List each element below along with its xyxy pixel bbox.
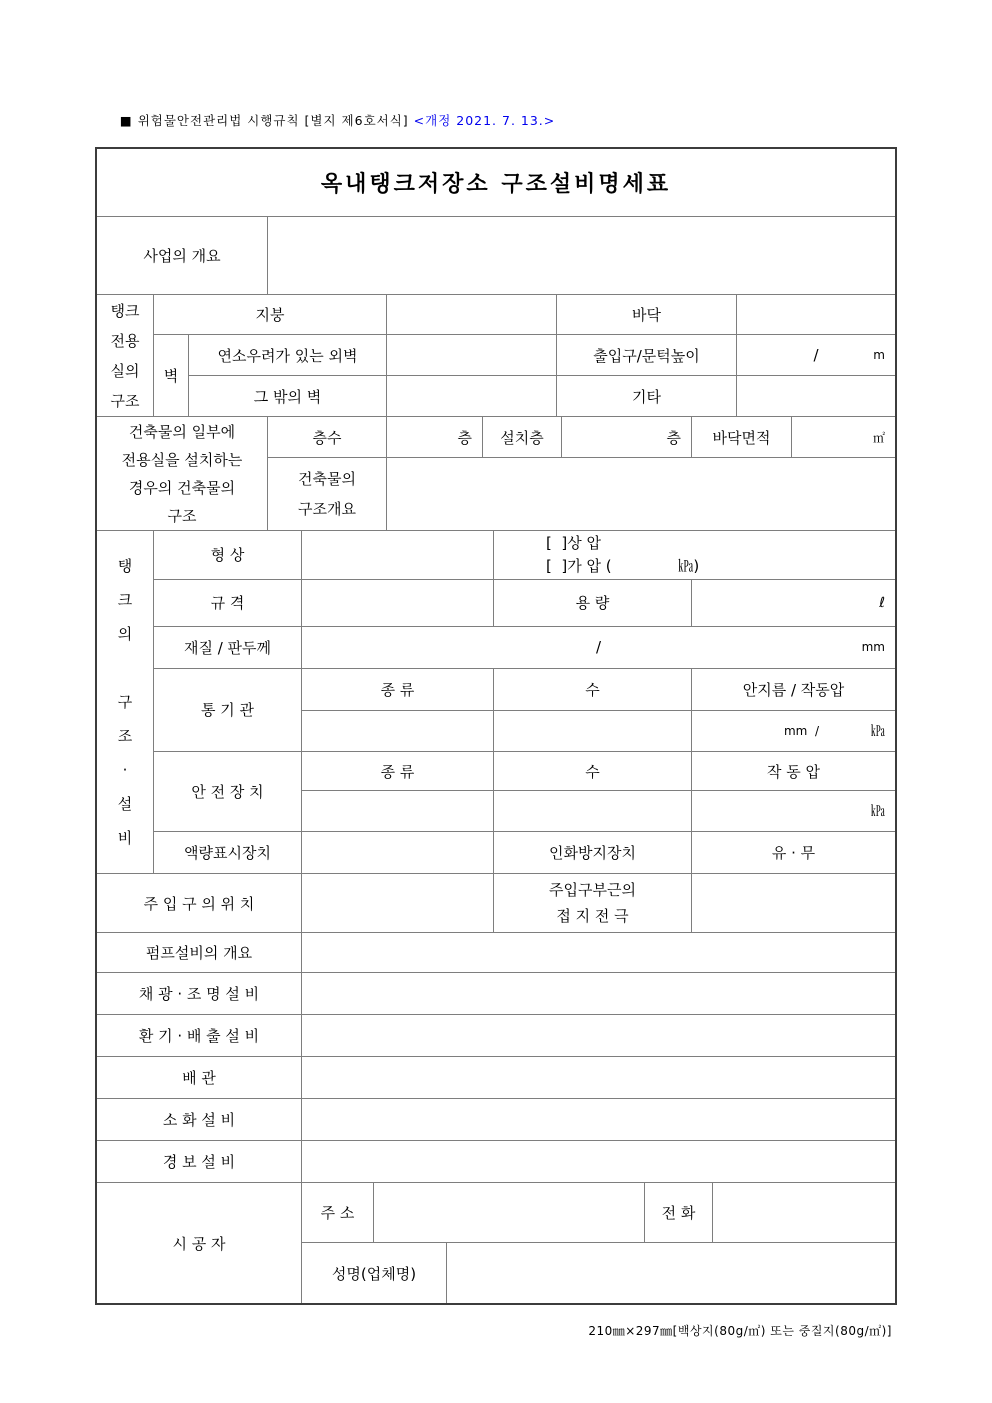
shape-label: 형 상: [154, 531, 302, 579]
safety-type-label: 종 류: [302, 752, 494, 790]
wall-fire-label: 연소우려가 있는 외벽: [189, 335, 387, 375]
safety-pressure-field: ㎪: [692, 791, 895, 831]
inlet-ground-electrode-field: [692, 874, 895, 932]
floor-area-label: 바닥면적: [692, 417, 792, 457]
structure-outline-label: 건축물의 구조개요: [268, 458, 387, 530]
constructor-address-label: 주 소: [302, 1183, 374, 1242]
vent-type-label: 종 류: [302, 669, 494, 710]
constructor-label: 시 공 자: [97, 1183, 302, 1303]
pressure-type-field: [ ]상 압 [ ]가 압 ( ㎪): [494, 531, 895, 579]
flame-arrester-value: 유 · 무: [692, 832, 895, 873]
ventilation-equipment-label: 환 기 · 배 출 설 비: [97, 1015, 302, 1056]
paper-spec-note: 210㎜×297㎜[백상지(80g/㎡) 또는 중질지(80g/㎡)]: [588, 1322, 892, 1339]
slash-divider: /: [596, 638, 601, 656]
alarm-equipment-label: 경 보 설 비: [97, 1141, 302, 1182]
pump-equipment-label: 펌프설비의 개요: [97, 933, 302, 972]
form-revision-text: <개정 2021. 7. 13.>: [414, 113, 556, 128]
material-label: 재질 / 판두께: [154, 627, 302, 668]
business-overview-label: 사업의 개요: [97, 217, 268, 294]
roof-label: 지붕: [154, 295, 387, 334]
pressure-option-pressurized: [ ]가 압 ( ㎪): [546, 555, 699, 578]
meter-unit: m: [873, 348, 885, 362]
building-section-label: 건축물의 일부에 전용실을 설치하는 경우의 건축물의 구조: [97, 417, 268, 530]
floor-label: 바닥: [557, 295, 737, 334]
tank-room-section-label: 탱크 전용 실의 구조: [97, 295, 154, 416]
constructor-phone-label: 전 화: [645, 1183, 713, 1242]
floor-field: [737, 295, 895, 334]
wall-other-field: [387, 376, 557, 416]
spec-label: 규 격: [154, 580, 302, 626]
inlet-location-label: 주 입 구 의 위 치: [97, 874, 302, 932]
safety-pressure-label: 작 동 압: [692, 752, 895, 790]
entrance-threshold-field: / m: [737, 335, 895, 375]
safety-count-label: 수: [494, 752, 692, 790]
business-overview-field: [268, 217, 895, 294]
inlet-ground-electrode-label: 주입구부근의 접 지 전 극: [494, 874, 692, 932]
slash-divider: /: [813, 346, 818, 364]
etc-field: [737, 376, 895, 416]
lighting-equipment-field: [302, 973, 895, 1014]
level-gauge-label: 액량표시장치: [154, 832, 302, 873]
piping-label: 배 관: [97, 1057, 302, 1098]
form-reference-text: ■ 위험물안전관리법 시행규칙 [별지 제6호서식]: [120, 113, 414, 128]
wall-other-label: 그 밖의 벽: [189, 376, 387, 416]
vent-diameter-field: mm / ㎪: [692, 711, 895, 752]
safety-type-field: [302, 791, 494, 831]
constructor-name-field: [447, 1243, 895, 1303]
pressure-option-normal: [ ]상 압: [546, 532, 601, 555]
ventilation-equipment-field: [302, 1015, 895, 1056]
floor-area-field: ㎡: [792, 417, 895, 457]
structure-outline-field: [387, 458, 895, 530]
document-page: ■ 위험물안전관리법 시행규칙 [별지 제6호서식] <개정 2021. 7. …: [0, 0, 992, 1403]
shape-field: [302, 531, 494, 579]
vent-pipe-label: 통 기 관: [154, 669, 302, 752]
etc-label: 기타: [557, 376, 737, 416]
alarm-equipment-field: [302, 1141, 895, 1182]
floors-field: 층: [387, 417, 483, 457]
flame-arrester-label: 인화방지장치: [494, 832, 692, 873]
piping-field: [302, 1057, 895, 1098]
form-table: 옥내탱크저장소 구조설비명세표 사업의 개요 탱크 전용 실의 구조 지붕 바닥…: [95, 147, 897, 1305]
capacity-field: ℓ: [692, 580, 895, 626]
constructor-address-field: [374, 1183, 645, 1242]
form-reference-note: ■ 위험물안전관리법 시행규칙 [별지 제6호서식] <개정 2021. 7. …: [100, 96, 555, 144]
constructor-name-label: 성명(업체명): [302, 1243, 447, 1303]
vent-type-field: [302, 711, 494, 752]
kilopascal-unit: ㎪: [871, 721, 885, 741]
constructor-phone-field: [713, 1183, 895, 1242]
inlet-location-field: [302, 874, 494, 932]
safety-count-field: [494, 791, 692, 831]
pump-equipment-field: [302, 933, 895, 972]
vent-diameter-label: 안지름 / 작동압: [692, 669, 895, 710]
install-floor-field: 층: [562, 417, 692, 457]
spec-field: [302, 580, 494, 626]
vent-count-field: [494, 711, 692, 752]
vent-count-label: 수: [494, 669, 692, 710]
tank-section-label: 탱 크 의 구 조 · 설 비: [97, 531, 154, 873]
floors-label: 층수: [268, 417, 387, 457]
entrance-threshold-label: 출입구/문턱높이: [557, 335, 737, 375]
lighting-equipment-label: 채 광 · 조 명 설 비: [97, 973, 302, 1014]
fire-extinguishing-field: [302, 1099, 895, 1140]
level-gauge-field: [302, 832, 494, 873]
safety-device-label: 안 전 장 치: [154, 752, 302, 831]
fire-extinguishing-label: 소 화 설 비: [97, 1099, 302, 1140]
wall-label: 벽: [154, 335, 189, 416]
millimeter-unit: mm: [862, 640, 885, 654]
form-title: 옥내탱크저장소 구조설비명세표: [97, 149, 895, 216]
roof-field: [387, 295, 557, 334]
material-field: / mm: [302, 627, 895, 668]
wall-fire-field: [387, 335, 557, 375]
install-floor-label: 설치층: [483, 417, 562, 457]
millimeter-slash-unit: mm /: [784, 724, 819, 738]
capacity-label: 용 량: [494, 580, 692, 626]
